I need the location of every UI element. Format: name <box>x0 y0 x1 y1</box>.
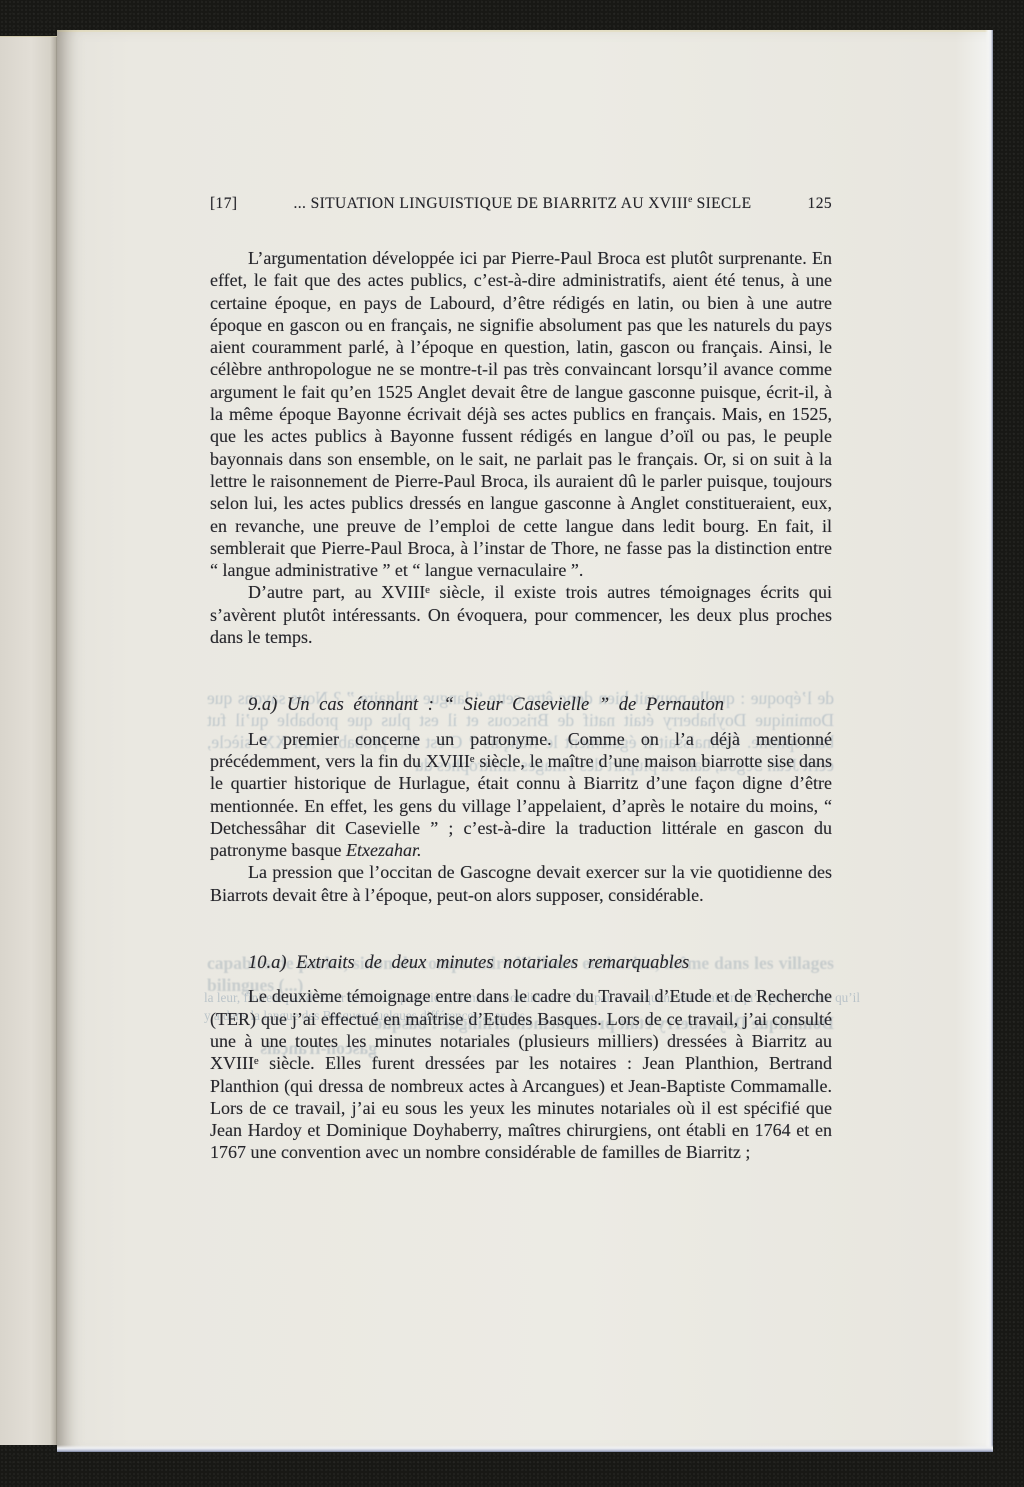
page-bottom-edge <box>57 1445 993 1452</box>
paragraph-casevielle: Le premier concerne un patronyme. Comme … <box>210 728 832 862</box>
section-heading-9a: 9.a) Un cas étonnant : “ Sieur Caseviell… <box>210 694 832 716</box>
paragraph-occitan-pressure: La pression que l’occitan de Gascogne de… <box>210 861 832 906</box>
header-section-marker: [17] <box>210 195 237 213</box>
paragraph-casevielle-text: Le premier concerne un patronyme. Comme … <box>210 729 832 860</box>
paragraph-notarial-minutes: Le deuxième témoignage entre dans le cad… <box>210 985 832 1163</box>
paragraph-casevielle-basque-name: Etxezahar. <box>346 840 422 860</box>
page-header: [17] ... SITUATION LINGUISTIQUE DE BIARR… <box>210 195 832 213</box>
facing-page-edge <box>0 36 57 1445</box>
scanned-book-photo: de l’époque : quelle pouvait bien donc ê… <box>0 0 1024 1487</box>
section-heading-10a: 10.a) Extraits de deux minutes notariale… <box>210 952 832 974</box>
page-fore-edge <box>985 30 993 1452</box>
header-title: ... SITUATION LINGUISTIQUE DE BIARRITZ A… <box>237 195 807 213</box>
page-text-column: L’argumentation développée ici par Pierr… <box>210 247 832 1164</box>
paragraph-broca-argument: L’argumentation développée ici par Pierr… <box>210 247 832 581</box>
paragraph-three-testimonies: D’autre part, au XVIIIᵉ siècle, il exist… <box>210 581 832 648</box>
header-page-number: 125 <box>808 195 832 213</box>
